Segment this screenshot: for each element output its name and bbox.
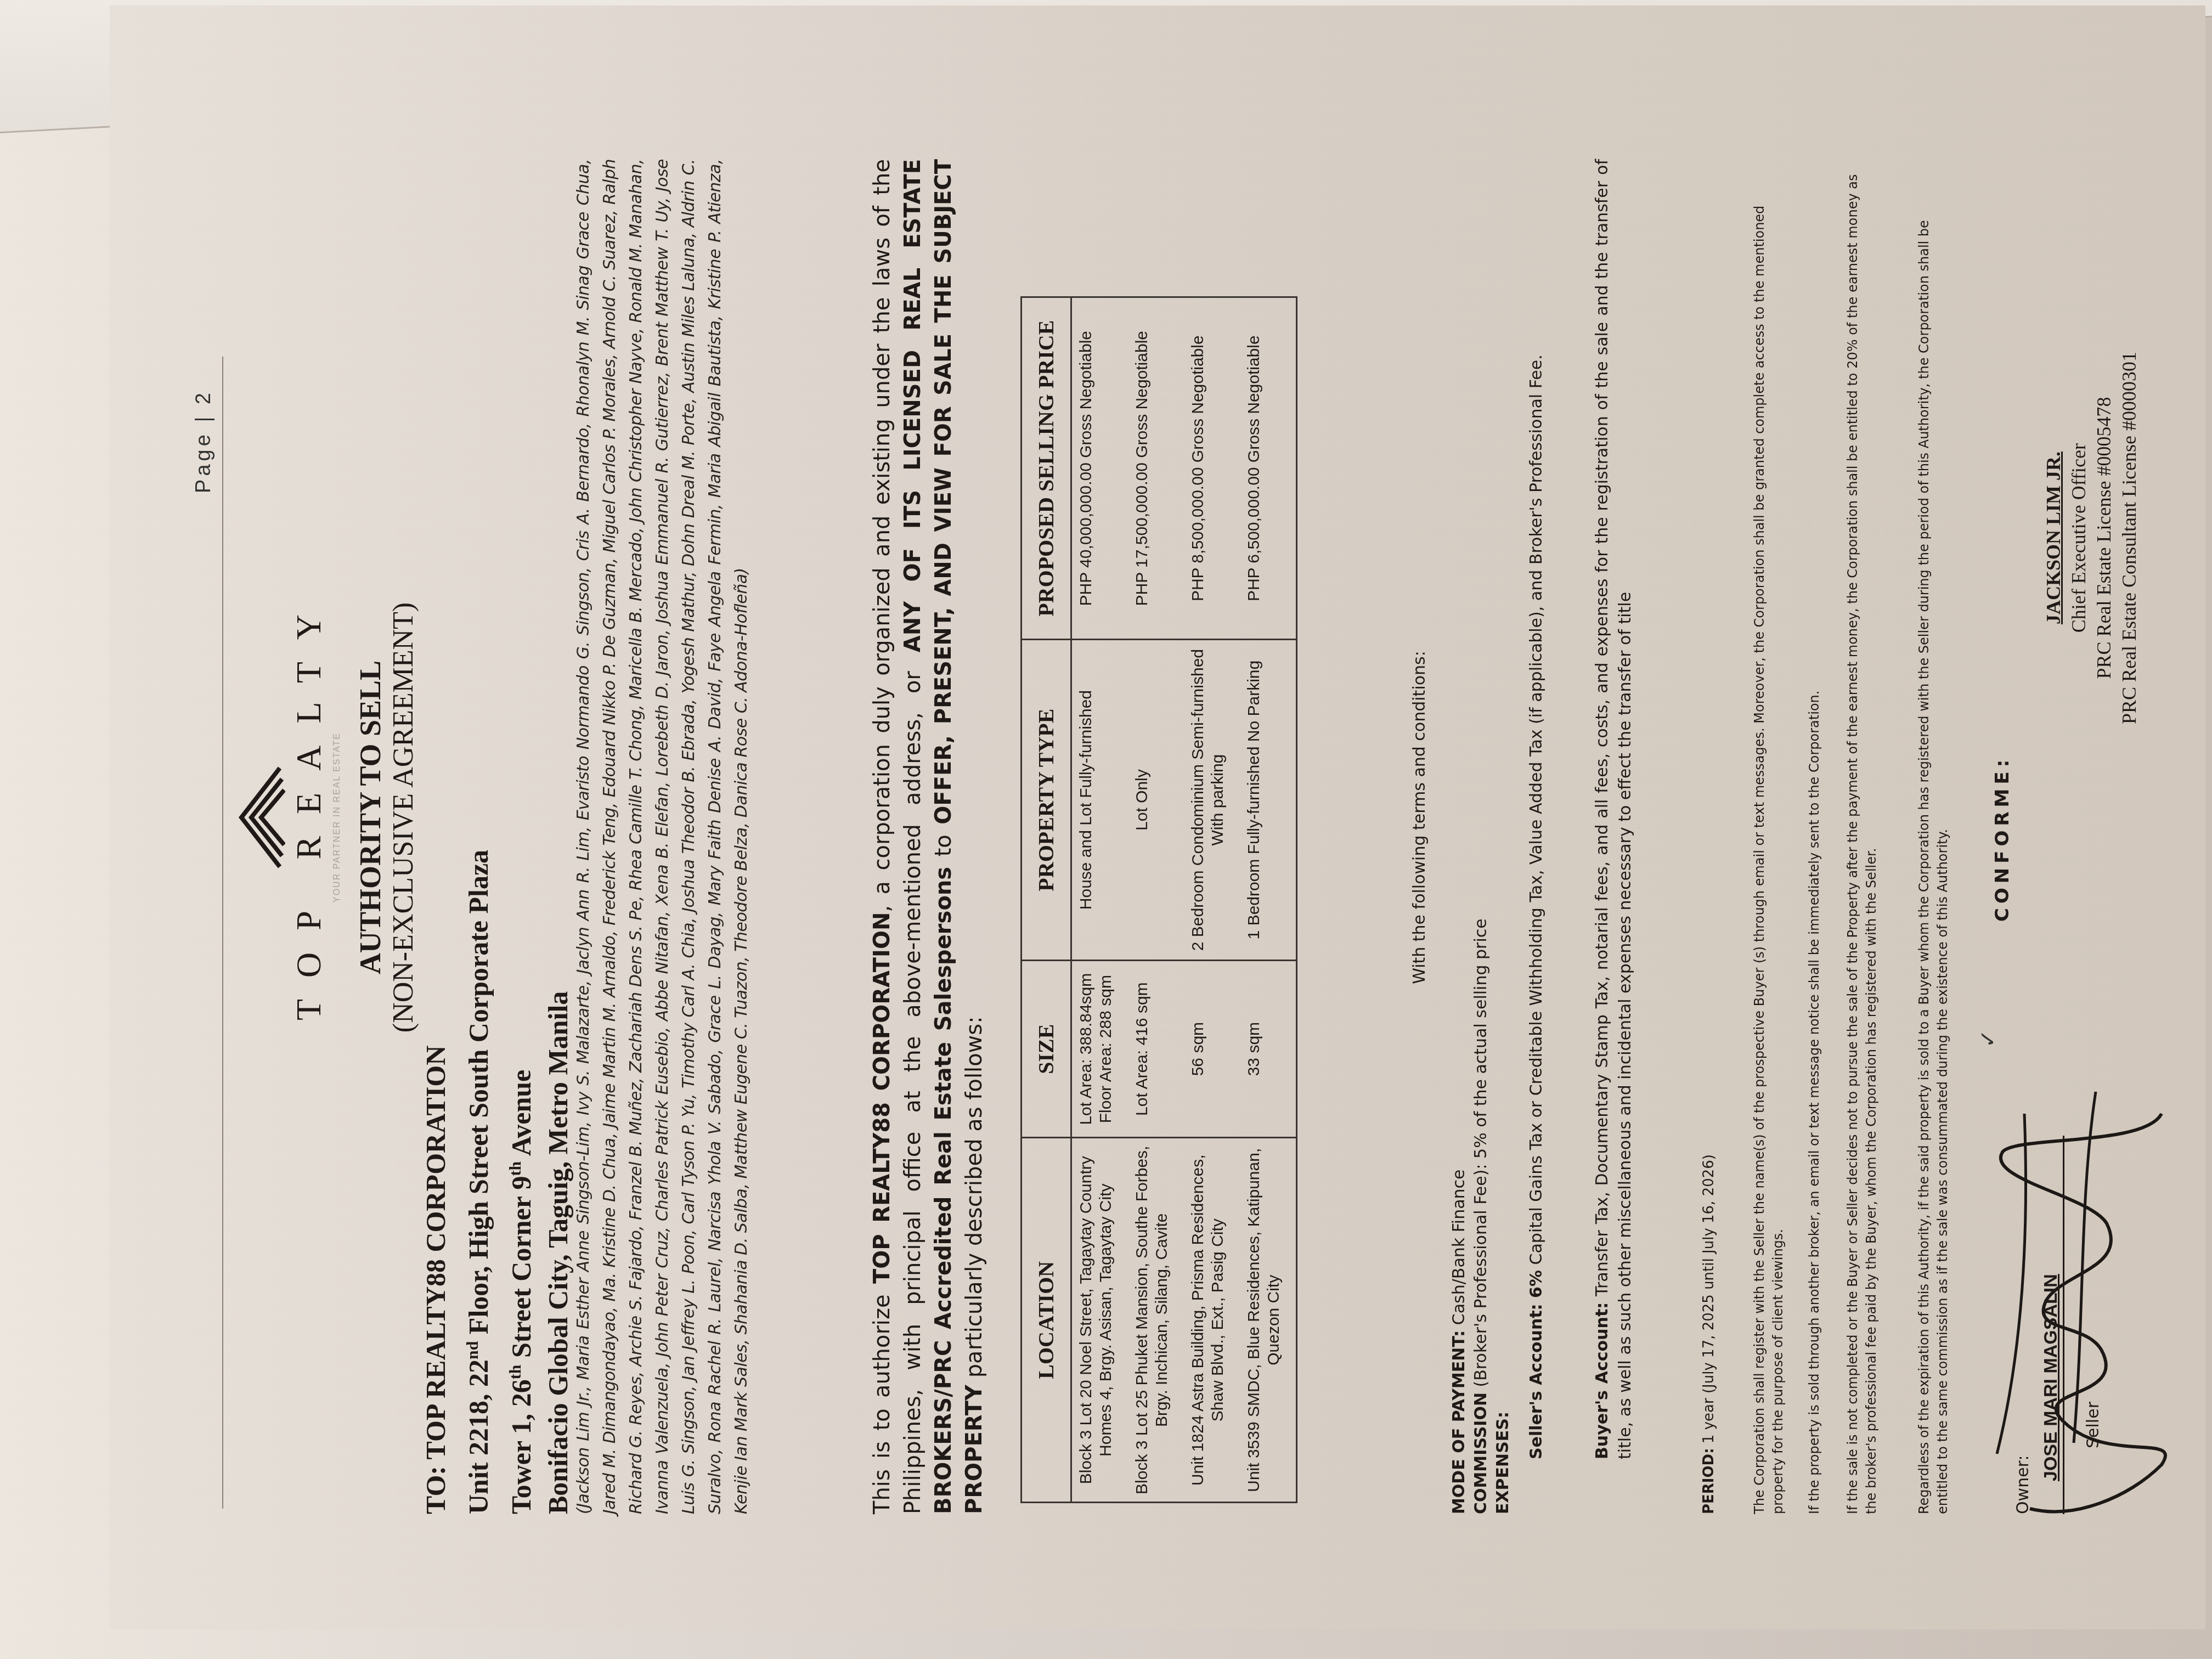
seller-role: Seller bbox=[2084, 1130, 2103, 1514]
document-page: Page | 2 TOP REALTY YOUR PARTNER IN REAL… bbox=[110, 5, 2205, 1629]
table-row: Unit 3539 SMDC, Blue Residences, Katipun… bbox=[1240, 297, 1297, 1503]
mode-of-payment: MODE OF PAYMENT: Cash/Bank Finance bbox=[1448, 918, 1470, 1514]
ceo-license: PRC Real Estate License #0005478 bbox=[2091, 352, 2117, 724]
company-logo-text: TOP REALTY bbox=[289, 5, 329, 1629]
document-title: AUTHORITY TO SELL bbox=[353, 5, 387, 1629]
period: PERIOD: 1 year (July 17, 2025 until July… bbox=[1701, 1154, 1717, 1514]
addressee-to: TO: TOP REALTY88 CORPORATION bbox=[417, 850, 454, 1514]
ceo-name: JACKSON LIM JR. bbox=[2041, 352, 2066, 724]
cell-location: Unit 3539 SMDC, Blue Residences, Katipun… bbox=[1240, 1138, 1297, 1503]
cell-property-type: 2 Bedroom Condominium Semi-furnished Wit… bbox=[1184, 640, 1240, 960]
seller-signature-block: JOSE MARI MAGSALIN Seller bbox=[2063, 1130, 2103, 1514]
terms-intro: With the following terms and conditions: bbox=[1410, 5, 1429, 1629]
header-property-type: PROPERTY TYPE bbox=[1022, 640, 1071, 960]
cell-location: Block 3 Lot 25 Phuket Mansion, Southe Fo… bbox=[1128, 1138, 1184, 1503]
expenses-label: EXPENSES: bbox=[1492, 918, 1514, 1514]
salespersons-list: (Jackson Lim Jr., Maria Esther Anne Sing… bbox=[571, 159, 755, 1514]
company-tagline: YOUR PARTNER IN REAL ESTATE bbox=[332, 5, 342, 1629]
page-number: Page | 2 bbox=[192, 390, 216, 493]
header-rule bbox=[222, 357, 223, 1509]
clause-registration: The Corporation shall register with the … bbox=[1750, 170, 1787, 1514]
table-row: Block 3 Lot 25 Phuket Mansion, Southe Fo… bbox=[1128, 297, 1184, 1503]
roof-chevron-logo-icon bbox=[236, 763, 285, 872]
letterhead: TOP REALTY YOUR PARTNER IN REAL ESTATE A… bbox=[236, 5, 420, 1629]
document-content: Page | 2 TOP REALTY YOUR PARTNER IN REAL… bbox=[110, 5, 2205, 1629]
cell-size: Lot Area: 416 sqm bbox=[1128, 960, 1184, 1138]
cell-property-type: House and Lot Fully-furnished bbox=[1071, 640, 1128, 960]
clause-post-expiration: Regardless of the expiration of this Aut… bbox=[1915, 170, 1952, 1514]
table-row: Unit 1824 Astra Building, Prisma Residen… bbox=[1184, 297, 1240, 1503]
cell-size: 33 sqm bbox=[1240, 960, 1297, 1138]
cell-location: Block 3 Lot 20 Noel Street, Tagaytay Cou… bbox=[1071, 1138, 1128, 1503]
document-subtitle: (NON-EXCLUSIVE AGREEMENT) bbox=[387, 5, 420, 1629]
cell-location: Unit 1824 Astra Building, Prisma Residen… bbox=[1184, 1138, 1240, 1503]
cell-selling-price: PHP 8,500,000.00 Gross Negotiable bbox=[1184, 297, 1240, 640]
clause-earnest-money: If the sale is not completed or the Buye… bbox=[1843, 170, 1881, 1514]
cell-size: 56 sqm bbox=[1184, 960, 1240, 1138]
table-row: Block 3 Lot 20 Noel Street, Tagaytay Cou… bbox=[1071, 297, 1128, 1503]
cell-selling-price: PHP 17,500,000.00 Gross Negotiable bbox=[1128, 297, 1184, 640]
seller-signature-line bbox=[2063, 1136, 2064, 1514]
buyer-account: Buyer's Account: Transfer Tax, Documenta… bbox=[1591, 159, 1637, 1459]
payment-terms: MODE OF PAYMENT: Cash/Bank Finance COMMI… bbox=[1448, 918, 1514, 1514]
cell-size: Lot Area: 388.84sqm Floor Area: 288 sqm bbox=[1071, 960, 1128, 1138]
authorization-paragraph: This is to authorize TOP REALTY88 CORPOR… bbox=[867, 159, 990, 1514]
addressee-line-1: Unit 2218, 22nd Floor, High Street South… bbox=[454, 850, 497, 1514]
seller-name: JOSE MARI MAGSALIN bbox=[2040, 1130, 2062, 1514]
ceo-consultant-license: PRC Real Estate Consultant License #0000… bbox=[2117, 352, 2142, 724]
ceo-signature-block: JACKSON LIM JR. Chief Executive Officer … bbox=[2041, 352, 2142, 724]
cell-selling-price: PHP 40,000,000.00 Gross Negotiable bbox=[1071, 297, 1128, 640]
addressee-block: TO: TOP REALTY88 CORPORATION Unit 2218, … bbox=[417, 850, 577, 1514]
addressee-line-2: Tower 1, 26th Street Corner 9th Avenue bbox=[497, 850, 540, 1514]
cell-property-type: Lot Only bbox=[1128, 640, 1184, 960]
property-table: LOCATION SIZE PROPERTY TYPE PROPOSED SEL… bbox=[1020, 296, 1297, 1503]
ceo-title: Chief Executive Officer bbox=[2066, 352, 2091, 724]
table-header-row: LOCATION SIZE PROPERTY TYPE PROPOSED SEL… bbox=[1022, 297, 1071, 1503]
cell-selling-price: PHP 6,500,000.00 Gross Negotiable bbox=[1240, 297, 1297, 640]
conforme-heading: CONFORME: bbox=[1991, 755, 2013, 922]
clause-other-broker: If the property is sold through another … bbox=[1805, 170, 1824, 1514]
commission: COMMISSION (Broker's Professional Fee): … bbox=[1470, 918, 1492, 1514]
header-location: LOCATION bbox=[1022, 1138, 1071, 1503]
seller-account: Seller's Account: 6% Capital Gains Tax o… bbox=[1525, 159, 1548, 1459]
header-selling-price: PROPOSED SELLING PRICE bbox=[1022, 297, 1071, 640]
cell-property-type: 1 Bedroom Fully-furnished No Parking bbox=[1240, 640, 1297, 960]
header-size: SIZE bbox=[1022, 960, 1071, 1138]
